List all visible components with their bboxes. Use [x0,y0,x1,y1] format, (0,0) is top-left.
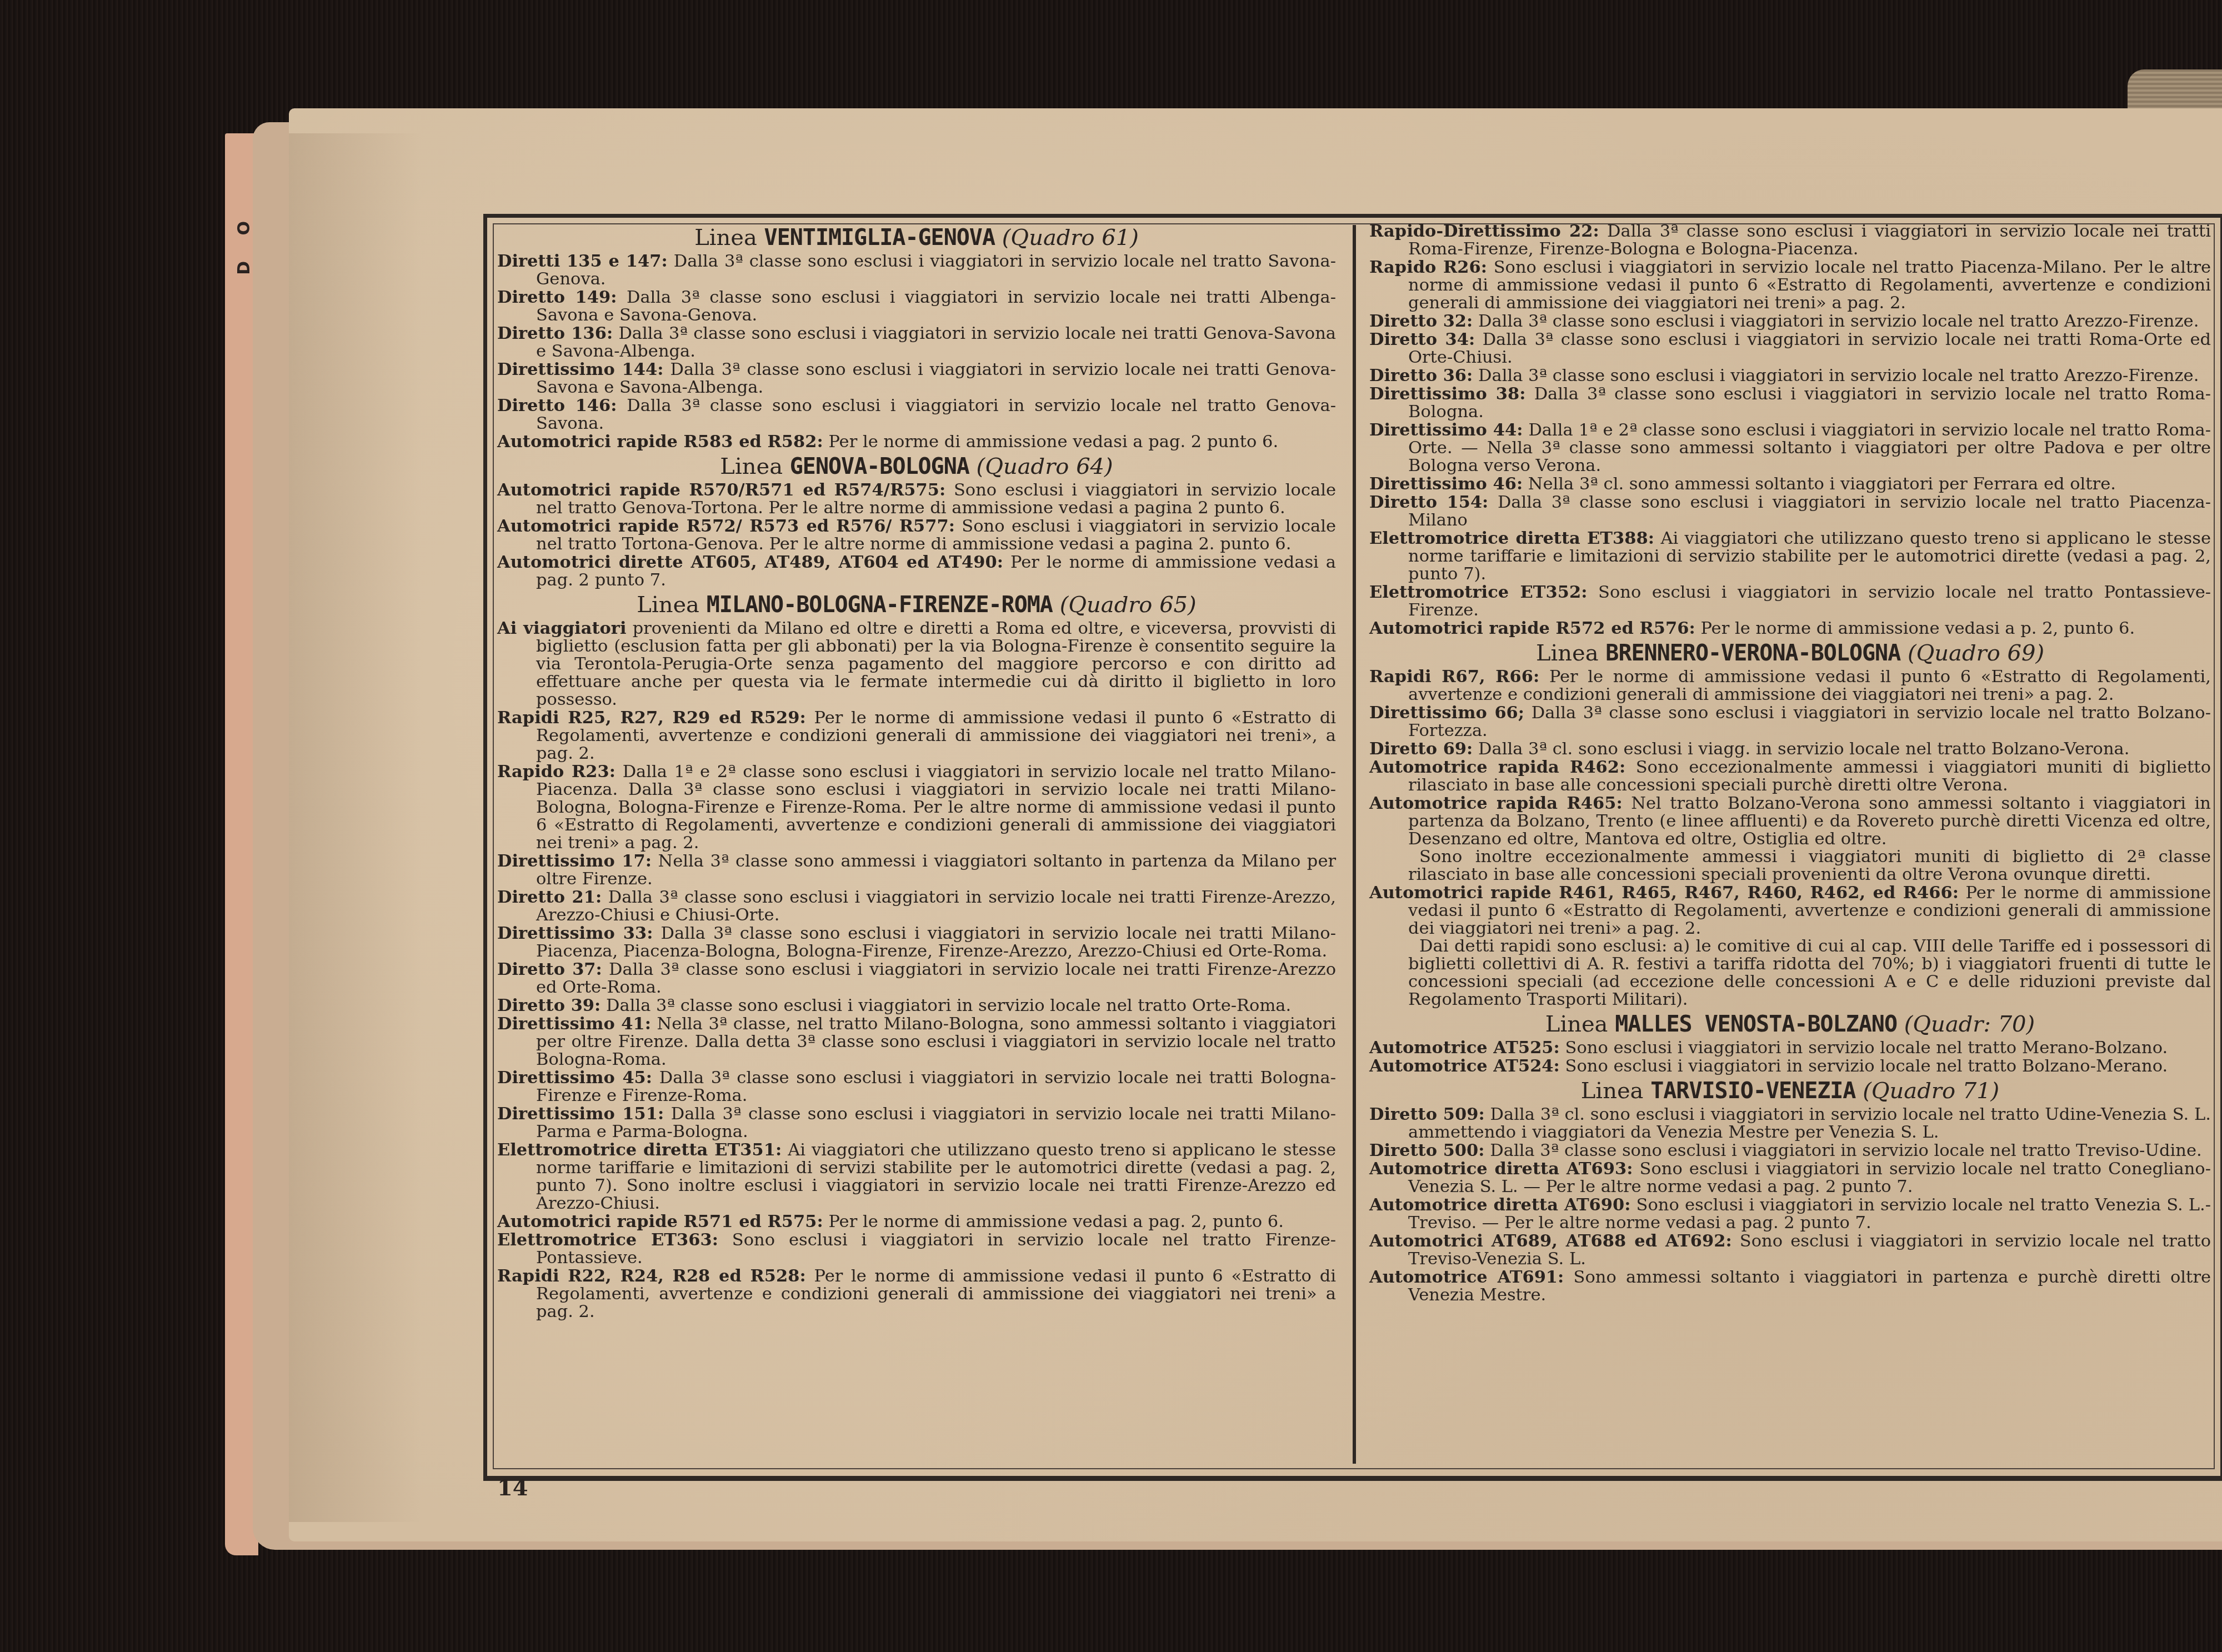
train-entry: Rapido R23: Dalla 1ª e 2ª classe sono es… [497,763,1336,852]
quadro-reference: (Quadro 71) [1863,1078,1999,1104]
quadro-reference: (Quadro 69) [1908,640,2044,666]
train-label: Diretto 509: [1369,1104,1485,1124]
train-label: Diretto 146: [497,396,617,415]
train-entry: Automotrice rapida R462: Sono eccezional… [1369,758,2211,794]
train-rule-text: Nella 3ª classe sono ammessi i viaggiato… [536,852,1336,889]
train-rule-text: provenienti da Milano ed oltre e diretti… [536,619,1336,709]
train-entry: Diretto 509: Dalla 3ª cl. sono esclusi i… [1369,1105,2211,1142]
train-entry: Elettromotrice diretta ET351: Ai viaggia… [497,1141,1336,1213]
train-rule-text: Dalla 3ª classe sono esclusi i viaggiato… [1490,1141,2201,1160]
train-label: Automotrici rapide R461, R465, R467, R46… [1369,883,1959,903]
train-label: Rapidi R25, R27, R29 ed R529: [497,708,806,728]
section-heading: Linea MILANO-BOLOGNA-FIRENZE-ROMA (Quadr… [497,592,1336,618]
section-heading: Linea VENTIMIGLIA-GENOVA (Quadro 61) [497,224,1336,251]
train-rule-text: Dalla 3ª classe sono esclusi i viaggiato… [536,924,1336,961]
train-entry: Direttissimo 17: Nella 3ª classe sono am… [497,852,1336,888]
train-entry: Direttissimo 66; Dalla 3ª classe sono es… [1369,704,2211,740]
train-label: Diretto 136: [497,323,613,343]
train-label: Direttissimo 144: [497,359,664,379]
train-label: Rapido R23: [497,762,615,782]
train-entry: Direttissimo 41: Nella 3ª classe, nel tr… [497,1015,1336,1069]
train-label: Automotrice rapida R462: [1369,757,1625,777]
train-rule-text: Per le norme di ammissione vedasi a pag.… [828,1212,1283,1232]
train-entry: Diretto 21: Dalla 3ª classe sono esclusi… [497,888,1336,924]
train-rule-text: Dalla 3ª cl. sono esclusi i viaggiatori … [1408,1105,2211,1142]
train-label: Diretto 36: [1369,366,1473,386]
section-heading: Linea BRENNERO-VERONA-BOLOGNA (Quadro 69… [1369,640,2211,667]
quadro-reference: (Quadr: 70) [1904,1012,2035,1037]
train-label: Rapidi R67, R66: [1369,667,1539,687]
train-label: Elettromotrice diretta ET388: [1369,528,1654,548]
train-label: Diretti 135 e 147: [497,251,668,271]
train-label: Diretto 32: [1369,311,1473,331]
train-rule-text: Dai detti rapidi sono esclusi: a) le com… [1408,937,2211,1009]
train-rule-text: Dalla 3ª cl. sono esclusi i viagg. in se… [1478,739,2129,759]
train-label: Diretto 154: [1369,492,1488,512]
section-heading: Linea MALLES VENOSTA-BOLZANO (Quadr: 70) [1369,1011,2211,1038]
train-label: Direttissimo 66; [1369,703,1524,723]
train-entry: Automotrice AT524: Sono esclusi i viaggi… [1369,1057,2211,1075]
train-entry: Direttissimo 38: Dalla 3ª classe sono es… [1369,385,2211,421]
train-rule-text: Dalla 3ª classe sono esclusi i viaggiato… [536,396,1336,433]
train-entry: Direttissimo 151: Dalla 3ª classe sono e… [497,1105,1336,1141]
train-label: Automotrici dirette AT605, AT489, AT604 … [497,552,1003,572]
heading-prefix: Linea [720,454,783,479]
train-label: Ai viaggiatori [497,618,626,638]
train-rule-text: Per le norme di ammissione vedasi a p. 2… [1700,619,2135,638]
train-label: Automotrice rapida R465: [1369,793,1623,813]
train-entry: Automotrici dirette AT605, AT489, AT604 … [497,553,1336,589]
quadro-reference: (Quadro 61) [1002,225,1139,251]
train-rule-text: Dalla 3ª classe sono esclusi i viaggiato… [1478,366,2199,386]
train-entry: Diretto 500: Dalla 3ª classe sono esclus… [1369,1142,2211,1160]
train-label: Rapido R26: [1369,257,1487,277]
train-rule-text: Dalla 3ª classe sono esclusi i viaggiato… [536,888,1336,925]
train-rule-text: Dalla 3ª classe sono esclusi i viaggiato… [536,288,1336,325]
train-rule-text: Dalla 3ª classe sono esclusi i viaggiato… [536,324,1336,361]
train-rule-text: Sono esclusi i viaggiatori in servizio l… [1565,1038,2168,1058]
train-entry: Diretti 135 e 147: Dalla 3ª classe sono … [497,252,1336,288]
train-rule-text: Dalla 3ª classe sono esclusi i viaggiato… [606,996,1291,1015]
train-label: Elettromotrice ET352: [1369,582,1587,602]
train-entry: Automotrice rapida R465: Nel tratto Bolz… [1369,794,2211,848]
train-label: Rapidi R22, R24, R28 ed R528: [497,1266,806,1286]
train-entry: Direttissimo 45: Dalla 3ª classe sono es… [497,1069,1336,1105]
train-entry: Rapidi R22, R24, R28 ed R528: Per le nor… [497,1267,1336,1321]
heading-prefix: Linea [1545,1012,1608,1037]
train-entry: Automotrici rapide R572/ R573 ed R576/ R… [497,517,1336,553]
train-entry: Automotrici AT689, AT688 ed AT692: Sono … [1369,1232,2211,1268]
train-label: Automotrice AT691: [1369,1267,1564,1287]
train-label: Automotrici AT689, AT688 ed AT692: [1369,1231,1732,1251]
train-label: Automotrici rapide R583 ed R582: [497,432,823,452]
train-entry: Automotrici rapide R570/R571 ed R574/R57… [497,481,1336,517]
left-column: Linea VENTIMIGLIA-GENOVA (Quadro 61)Dire… [497,222,1336,1321]
train-label: Diretto 37: [497,959,602,979]
train-entry: Diretto 149: Dalla 3ª classe sono esclus… [497,288,1336,324]
train-label: Direttissimo 44: [1369,420,1523,440]
train-rule-text: Dalla 1ª e 2ª classe sono esclusi i viag… [536,762,1336,853]
train-entry: Automotrici rapide R572 ed R576: Per le … [1369,619,2211,638]
train-rule-text: Nella 3ª classe, nel tratto Milano-Bolog… [536,1014,1336,1069]
line-name: BRENNERO-VERONA-BOLOGNA [1605,640,1900,666]
train-label: Direttissimo 46: [1369,474,1523,494]
line-name: TARVISIO-VENEZIA [1650,1078,1855,1104]
train-entry: Diretto 34: Dalla 3ª classe sono esclusi… [1369,331,2211,367]
line-name: GENOVA-BOLOGNA [790,454,969,479]
quadro-reference: (Quadro 64) [977,454,1113,479]
section-heading: Linea TARVISIO-VENEZIA (Quadro 71) [1369,1078,2211,1104]
quadro-reference: (Quadro 65) [1060,592,1197,618]
train-label: Automotrice diretta AT690: [1369,1195,1631,1215]
train-label: Direttissimo 38: [1369,384,1526,404]
column-divider [1353,225,1356,1464]
train-rule-text: Per le norme di ammissione vedasi a pag.… [828,432,1278,452]
train-rule-text: Dalla 3ª classe sono esclusi i viaggiato… [536,960,1336,997]
train-entry: Elettromotrice ET352: Sono esclusi i via… [1369,583,2211,619]
train-entry: Rapido-Direttissimo 22: Dalla 3ª classe … [1369,222,2211,258]
train-label: Automotrici rapide R572 ed R576: [1369,618,1695,638]
train-entry: Rapidi R25, R27, R29 ed R529: Per le nor… [497,709,1336,763]
train-rule-text: Dalla 3ª classe sono esclusi i viaggiato… [1478,312,2199,331]
train-entry: Diretto 154: Dalla 3ª classe sono esclus… [1369,493,2211,529]
train-entry: Rapidi R67, R66: Per le norme di ammissi… [1369,668,2211,704]
train-label: Direttissimo 151: [497,1104,664,1124]
heading-prefix: Linea [1581,1078,1644,1104]
train-label: Elettromotrice diretta ET351: [497,1140,782,1160]
heading-prefix: Linea [637,592,699,618]
train-entry: Automotrice AT525: Sono esclusi i viaggi… [1369,1039,2211,1057]
train-entry: Automotrice diretta AT693: Sono esclusi … [1369,1160,2211,1196]
train-label: Diretto 69: [1369,739,1473,759]
page-number: 14 [497,1475,528,1501]
line-name: VENTIMIGLIA-GENOVA [764,225,995,251]
train-entry: Ai viaggiatori provenienti da Milano ed … [497,619,1336,709]
train-label: Automotrice AT525: [1369,1038,1560,1058]
train-entry: Sono inoltre eccezionalmente ammessi i v… [1369,848,2211,884]
train-label: Direttissimo 41: [497,1014,651,1034]
train-label: Automotrice diretta AT693: [1369,1159,1633,1179]
train-entry: Diretto 39: Dalla 3ª classe sono esclusi… [497,997,1336,1015]
train-label: Diretto 500: [1369,1140,1485,1160]
train-entry: Automotrice diretta AT690: Sono esclusi … [1369,1196,2211,1232]
train-label: Direttissimo 33: [497,923,653,943]
train-rule-text: Dalla 3ª classe sono esclusi i viaggiato… [1408,493,2211,530]
train-entry: Direttissimo 44: Dalla 1ª e 2ª classe so… [1369,421,2211,475]
train-rule-text: Nella 3ª cl. sono ammessi soltanto i via… [1528,474,2116,494]
train-rule-text: Sono inoltre eccezionalmente ammessi i v… [1408,847,2211,884]
train-label: Diretto 21: [497,887,602,907]
train-entry: Automotrice AT691: Sono ammessi soltanto… [1369,1268,2211,1304]
train-label: Rapido-Direttissimo 22: [1369,221,1599,241]
fold-shadow [289,133,422,1522]
train-label: Elettromotrice ET363: [497,1230,718,1250]
train-entry: Direttissimo 46: Nella 3ª cl. sono ammes… [1369,475,2211,493]
train-rule-text: Sono esclusi i viaggiatori in servizio l… [1565,1057,2168,1076]
train-entry: Automotrici rapide R571 ed R575: Per le … [497,1213,1336,1231]
train-rule-text: Dalla 3ª classe sono esclusi i viaggiato… [536,1068,1336,1105]
train-entry: Elettromotrice diretta ET388: Ai viaggia… [1369,529,2211,583]
train-entry: Automotrici rapide R583 ed R582: Per le … [497,433,1336,451]
train-rule-text: Dalla 1ª e 2ª classe sono esclusi i viag… [1408,420,2211,475]
train-rule-text: Sono esclusi i viaggiatori in servizio l… [1408,258,2211,313]
train-entry: Direttissimo 33: Dalla 3ª classe sono es… [497,924,1336,960]
train-label: Automotrici rapide R571 ed R575: [497,1212,823,1232]
right-column: Rapido-Direttissimo 22: Dalla 3ª classe … [1369,222,2211,1304]
train-label: Diretto 149: [497,287,617,307]
train-entry: Diretto 136: Dalla 3ª classe sono esclus… [497,324,1336,361]
heading-prefix: Linea [1536,640,1599,666]
train-entry: Diretto 69: Dalla 3ª cl. sono esclusi i … [1369,740,2211,758]
line-name: MILANO-BOLOGNA-FIRENZE-ROMA [707,592,1053,618]
train-entry: Diretto 32: Dalla 3ª classe sono esclusi… [1369,312,2211,331]
heading-prefix: Linea [694,225,757,251]
train-label: Automotrice AT524: [1369,1056,1560,1076]
train-entry: Diretto 37: Dalla 3ª classe sono esclusi… [497,960,1336,997]
train-entry: Diretto 146: Dalla 3ª classe sono esclus… [497,397,1336,433]
train-entry: Automotrici rapide R461, R465, R467, R46… [1369,884,2211,938]
train-label: Direttissimo 45: [497,1068,652,1088]
train-label: Automotrici rapide R570/R571 ed R574/R57… [497,480,945,500]
train-label: Automotrici rapide R572/ R573 ed R576/ R… [497,516,955,536]
section-heading: Linea GENOVA-BOLOGNA (Quadro 64) [497,453,1336,480]
train-rule-text: Dalla 3ª classe sono esclusi i viaggiato… [1408,703,2211,740]
train-entry: Elettromotrice ET363: Sono esclusi i via… [497,1231,1336,1267]
train-entry: Dai detti rapidi sono esclusi: a) le com… [1369,938,2211,1009]
train-entry: Direttissimo 144: Dalla 3ª classe sono e… [497,361,1336,397]
line-name: MALLES VENOSTA-BOLZANO [1615,1012,1897,1037]
train-label: Direttissimo 17: [497,851,652,871]
train-label: Diretto 39: [497,995,600,1015]
train-label: Diretto 34: [1369,329,1475,349]
train-entry: Rapido R26: Sono esclusi i viaggiatori i… [1369,258,2211,312]
train-rule-text: Dalla 3ª classe sono esclusi i viaggiato… [1408,384,2211,422]
train-entry: Diretto 36: Dalla 3ª classe sono esclusi… [1369,367,2211,385]
train-rule-text: Dalla 3ª classe sono esclusi i viaggiato… [1408,330,2211,367]
